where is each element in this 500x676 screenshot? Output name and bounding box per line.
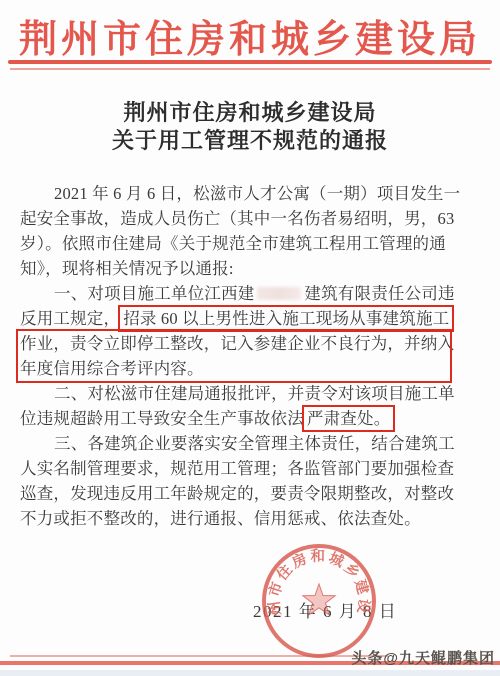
document-body: 2021 年 6 月 6 日，松滋市人才公寓（一期）项目发生一 起安全事故，造成… — [20, 181, 452, 531]
letterhead-org-name: 荆州市住房和城乡建设局 — [0, 8, 500, 63]
para1-line3: 岁）。依照市住建局《关于规范全市建筑工程用工管理的通 — [20, 231, 452, 256]
para1-line2: 起安全事故，造成人员伤亡（其中一名伤者易绍明，男，63 — [20, 206, 452, 231]
toutiao-watermark: 头条@九天鲲鹏集团 — [351, 647, 495, 668]
para4-line4: 不力或拒不整改的，进行通报、信用惩戒、依法查处。 — [20, 506, 452, 531]
highlight-box-recruit: 招录 60 以上男性进入施工现场从事建筑施工 — [120, 307, 452, 330]
signature-date: 2021 年 6 月 8 日 — [253, 597, 397, 622]
highlight-box-investigate: 严肃查处。 — [304, 407, 394, 430]
highlight-box-penalty: 作业，责令立即停工整改，记入参建企业不良行为，并纳入 年度信用综合考评内容。 — [18, 331, 450, 381]
letterhead-rule-thick — [8, 60, 492, 64]
bottom-edge-strip — [0, 670, 500, 676]
document-title-line2: 关于用工管理不规范的通报 — [0, 127, 500, 155]
para3-line1: 二、对松滋市住建局通报批评，并责令对该项目施工单 — [20, 381, 452, 406]
document-title: 荆州市住房和城乡建设局 关于用工管理不规范的通报 — [0, 99, 500, 155]
document-title-line1: 荆州市住房和城乡建设局 — [0, 99, 500, 127]
para2-line1-pre: 一、对项目施工单位江西建 — [54, 284, 254, 303]
para3-line2: 位违规超龄用工导致安全生产事故依法严肃查处。 — [20, 406, 452, 431]
para1-line1: 2021 年 6 月 6 日，松滋市人才公寓（一期）项目发生一 — [20, 181, 452, 206]
document-page: 荆州市住房和城乡建设局 荆州市住房和城乡建设局 关于用工管理不规范的通报 202… — [0, 0, 500, 676]
para4-line1: 三、各建筑企业要落实安全管理主体责任，结合建筑工 — [20, 431, 452, 456]
para2-line2: 反用工规定，招录 60 以上男性进入施工现场从事建筑施工 — [20, 306, 452, 331]
para2-line4: 年度信用综合考评内容。 — [20, 356, 450, 381]
para4-line2: 人实名制管理要求，规范用工管理；各监管部门要加强检查 — [20, 456, 452, 481]
letterhead-rule-thin — [10, 68, 490, 70]
redacted-company-name — [257, 287, 301, 300]
para4-line3: 巡查，发现违反用工年龄规定的，要责令限期整改，对整改 — [20, 481, 452, 506]
para2-line1: 一、对项目施工单位江西建建筑有限责任公司违 — [20, 281, 452, 306]
para1-line4: 知》，现将相关情况予以通报: — [20, 256, 452, 281]
para2-line2-pre: 反用工规定， — [20, 309, 120, 328]
footer-rule-thin — [10, 655, 388, 657]
para3-line2-pre: 位违规超龄用工导致安全生产事故依法 — [20, 409, 304, 428]
para2-line1-post: 建筑有限责任公司违 — [304, 284, 454, 303]
para2-line3: 作业，责令立即停工整改，记入参建企业不良行为，并纳入 — [20, 331, 450, 356]
